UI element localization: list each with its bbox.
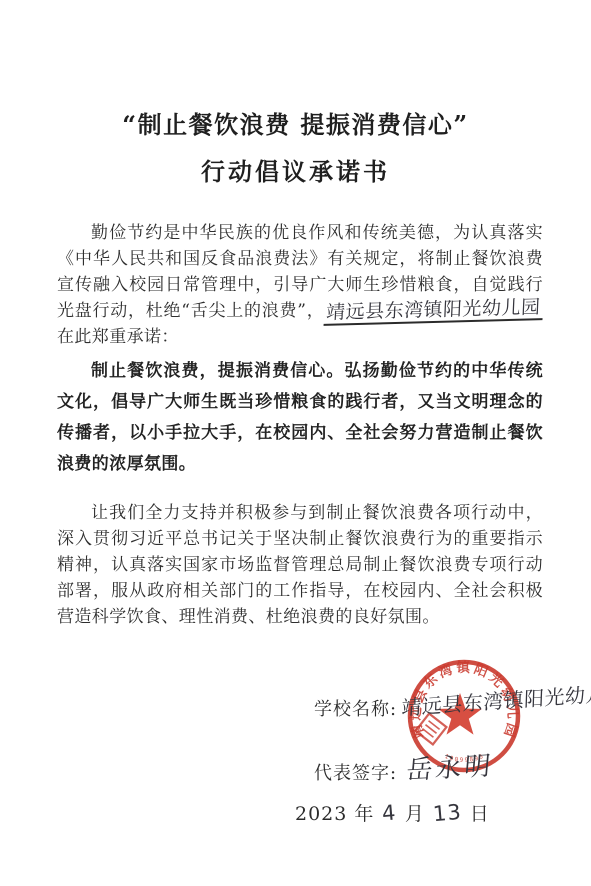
school-name-label: 学校名称: bbox=[314, 695, 397, 721]
paragraph-intro: 勤俭节约是中华民族的优良作风和传统美德，为认真落实《中华人民共和国反食品浪费法》… bbox=[57, 220, 543, 350]
document-title-line2: 行动倡议承诺书 bbox=[0, 152, 591, 187]
paragraph-pledge: 制止餐饮浪费，提振消费信心。弘扬勤俭节约的中华传统文化，倡导广大师生既当珍惜粮食… bbox=[57, 356, 543, 480]
handwritten-school-name-inline: 靖远县东湾镇阳光幼儿园 bbox=[324, 297, 543, 326]
handwritten-day: 13 bbox=[431, 800, 464, 827]
representative-row: 代表签字: 岳永明 bbox=[314, 750, 492, 787]
document-page: “制止餐饮浪费 提振消费信心” 行动倡议承诺书 勤俭节约是中华民族的优良作风和传… bbox=[0, 0, 591, 886]
handwritten-month: 4 bbox=[380, 800, 398, 825]
date-month-unit: 月 bbox=[405, 803, 425, 825]
date-day-unit: 日 bbox=[470, 803, 490, 825]
handwritten-signature: 岳永明 bbox=[405, 745, 495, 787]
paragraph-intro-tail: 在此郑重承诺： bbox=[57, 327, 179, 347]
date-line: 2023 年 4 月 13 日 bbox=[295, 799, 490, 826]
paragraph-action: 让我们全力支持并积极参与到制止餐饮浪费各项行动中，深入贯彻习近平总书记关于坚决制… bbox=[57, 500, 543, 630]
document-title-line1: “制止餐饮浪费 提振消费信心” bbox=[0, 105, 591, 140]
representative-label: 代表签字: bbox=[314, 759, 397, 785]
school-name-row: 学校名称: 靖远县东湾镇阳光幼儿园 bbox=[314, 692, 591, 721]
date-year: 2023 年 bbox=[295, 803, 374, 825]
